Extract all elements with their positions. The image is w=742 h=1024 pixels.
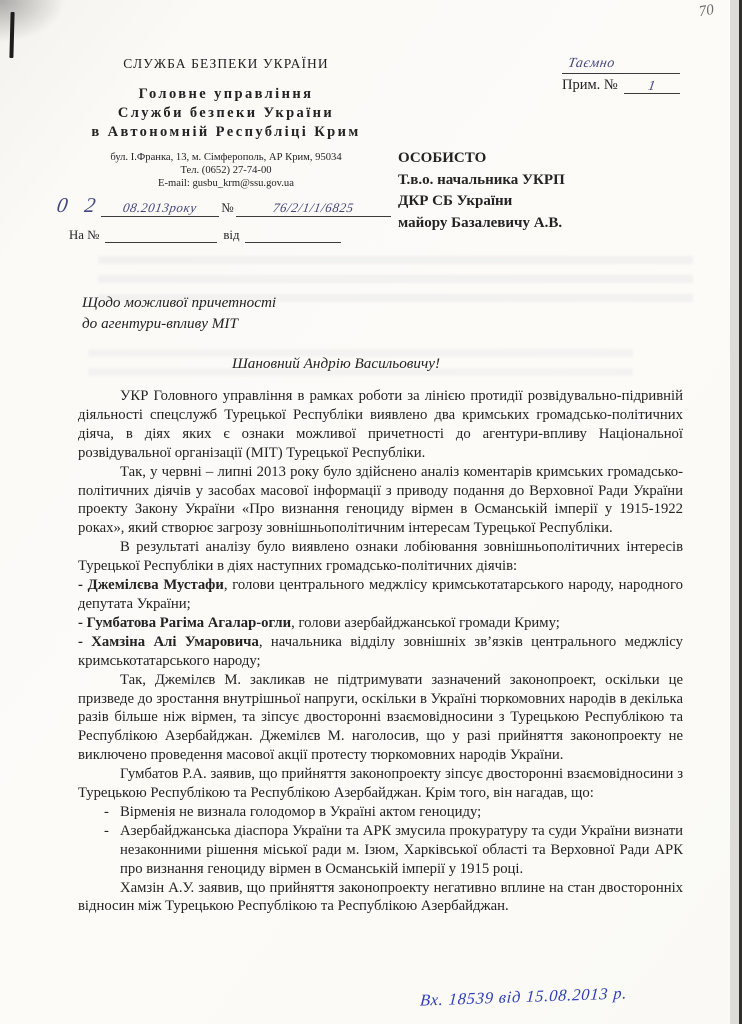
copy-number-label: Прим. № xyxy=(562,77,618,93)
bullet-item-1: -Вірменія не визнала голодомор в Україні… xyxy=(120,803,683,822)
handwritten-doc-number: 76/2/1/1/6825 xyxy=(272,200,355,216)
recipient-line-position: Т.в.о. начальника УКРП xyxy=(398,170,565,192)
paragraph-4: Так, Джемілєв М. закликав не підтримуват… xyxy=(78,671,683,766)
ref-blank-date xyxy=(245,229,341,243)
official-desc-2: , голови азербайджанської громади Криму; xyxy=(291,615,560,631)
handwritten-date-day: 0 2 xyxy=(55,193,103,218)
bullet-text-1: Вірменія не визнала голодомор в Україні … xyxy=(120,804,481,820)
org-line-2: Служби безпеки України xyxy=(55,104,397,123)
official-item-1: - Джемілєва Мустафи, голови центрального… xyxy=(78,576,683,614)
letterhead: СЛУЖБА БЕЗПЕКИ УКРАЇНИ Головне управлінн… xyxy=(55,56,397,243)
handwritten-secrecy-stamp: Таємно xyxy=(567,56,616,72)
scan-edge-band xyxy=(730,0,739,1024)
recipient-line-name: майору Базалевичу А.В. xyxy=(398,213,565,235)
org-line-1: Головне управління xyxy=(55,85,397,104)
ref-blank-number xyxy=(105,229,217,243)
outgoing-date-number-line: 0 208.2013року№76/2/1/1/6825 xyxy=(55,193,397,223)
bullet-item-2: -Азербайджанська діаспора України та АРК… xyxy=(120,822,683,879)
paragraph-1: УКР Головного управління в рамках роботи… xyxy=(78,387,683,463)
secrecy-stamp-block: Таємно Прим. №1 xyxy=(562,56,702,94)
official-item-3: - Хамзіна Алі Умаровича, начальника відд… xyxy=(78,633,683,671)
reference-line: На №від xyxy=(55,228,397,243)
handwritten-incoming-registration-note: Вх. 18539 від 15.08.2013 р. xyxy=(419,983,628,1010)
official-name-1: - Джемілєва Мустафи xyxy=(78,577,224,593)
number-sign: № xyxy=(221,200,233,215)
recipient-line-personal: ОСОБИСТО xyxy=(398,148,565,170)
staple-mark xyxy=(9,12,14,58)
org-email: E-mail: gusbu_krm@ssu.gov.ua xyxy=(55,177,397,190)
scanned-letter-page: 70 СЛУЖБА БЕЗПЕКИ УКРАЇНИ Головне управл… xyxy=(0,0,742,1024)
letter-body: УКР Головного управління в рамках роботи… xyxy=(78,387,683,916)
org-contact-block: бул. І.Франка, 13, м. Сімферополь, АР Кр… xyxy=(55,151,397,190)
official-name-3: - Хамзіна Алі Умаровича xyxy=(78,634,259,650)
org-address: бул. І.Франка, 13, м. Сімферополь, АР Кр… xyxy=(55,151,397,164)
subject-block: Щодо можливої причетності до агентури-вп… xyxy=(82,293,276,334)
org-name-top: СЛУЖБА БЕЗПЕКИ УКРАЇНИ xyxy=(55,56,397,72)
official-name-2: - Гумбатова Рагіма Агалар-огли xyxy=(78,615,291,631)
ref-label-na: На № xyxy=(69,228,99,242)
handwritten-copy-number: 1 xyxy=(647,79,657,95)
handwritten-date-rest: 08.2013року xyxy=(122,200,198,216)
paragraph-2: Так, у червні – липні 2013 року було зді… xyxy=(78,463,683,539)
bullet-text-2: Азербайджанська діаспора України та АРК … xyxy=(120,823,683,877)
paragraph-5: Гумбатов Р.А. заявив, що прийняття закон… xyxy=(78,765,683,803)
subject-line-1: Щодо можливої причетності xyxy=(82,293,276,314)
recipient-line-department: ДКР СБ України xyxy=(398,191,565,213)
handwritten-page-number: 70 xyxy=(698,2,715,21)
org-phone: Тел. (0652) 27-74-00 xyxy=(55,164,397,177)
paragraph-6: Хамзін А.У. заявив, що прийняття законоп… xyxy=(78,879,683,917)
greeting-line: Шановний Андрію Васильовичу! xyxy=(78,355,594,373)
bullet-dash: - xyxy=(104,822,109,841)
ref-label-vid: від xyxy=(223,228,239,242)
official-item-2: - Гумбатова Рагіма Агалар-огли, голови а… xyxy=(78,614,683,633)
org-line-3: в Автономній Республіці Крим xyxy=(55,123,397,142)
bullet-list: -Вірменія не визнала голодомор в Україні… xyxy=(120,803,683,879)
paragraph-3: В результаті аналізу було виявлено ознак… xyxy=(78,538,683,576)
subject-line-2: до агентури-впливу МІТ xyxy=(82,314,276,335)
org-name-block: Головне управління Служби безпеки Україн… xyxy=(55,85,397,142)
bullet-dash: - xyxy=(104,803,109,822)
recipient-block: ОСОБИСТО Т.в.о. начальника УКРП ДКР СБ У… xyxy=(398,148,565,234)
